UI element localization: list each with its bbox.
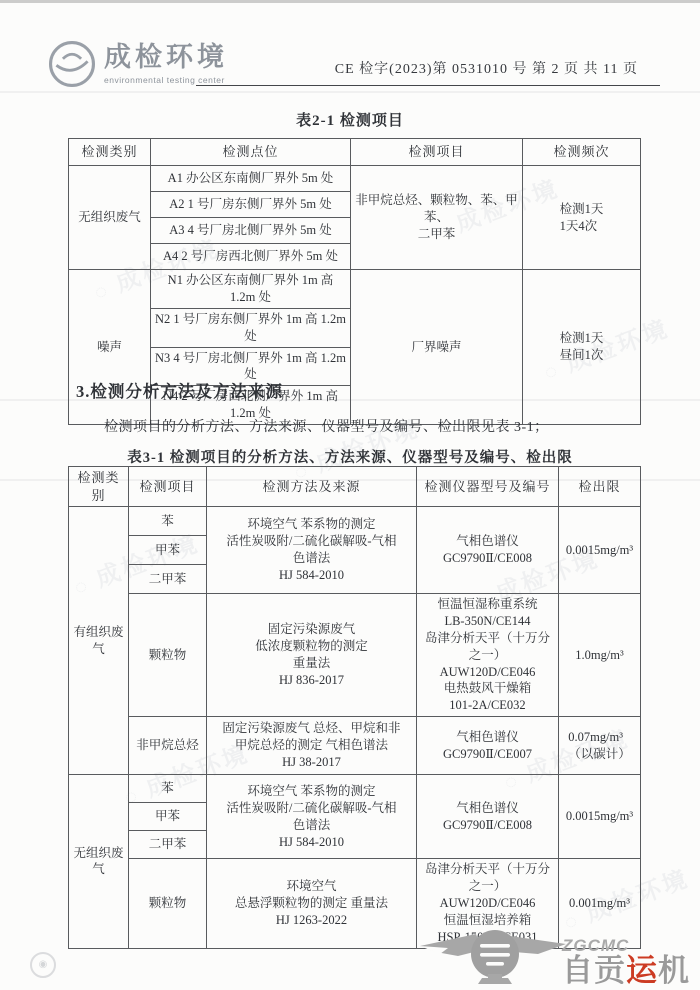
table-row: 颗粒物 固定污染源废气 低浓度颗粒物的测定 重量法 HJ 836-2017 恒温… [69,594,641,717]
footer-logo-text: ZGCMC 自贡运机 [562,937,690,986]
table2-header-row: 检测类别 检测点位 检测项目 检测频次 [69,139,641,166]
table-row: 无组织废气 A1 办公区东南侧厂界外 5m 处 非甲烷总烃、颗粒物、苯、甲苯、 … [69,166,641,192]
col-header: 检测类别 [69,139,151,166]
footer-cn-char: 贡 [594,953,626,988]
project-cell: 二甲苯 [129,831,207,859]
table-row: 有组织废气 苯 环境空气 苯系物的测定 活性炭吸附/二硫化碳解吸-气相 色谱法 … [69,507,641,536]
logo-e-icon [46,38,98,90]
method-cell: 环境空气 苯系物的测定 活性炭吸附/二硫化碳解吸-气相 色谱法 HJ 584-2… [207,775,417,859]
winged-emblem-icon [418,924,568,986]
project-cell: 非甲烷总烃 [129,717,207,775]
table-row: 噪声 N1 办公区东南侧厂界外 1m 高 1.2m 处 厂界噪声 检测1天 昼间… [69,270,641,309]
footer-logo-cn: 自贡运机 [562,955,690,986]
project-cell: 颗粒物 [129,594,207,717]
footer-cn-char: 运 [626,953,658,988]
table3-header-row: 检测类别 检测项目 检测方法及来源 检测仪器型号及编号 检出限 [69,467,641,507]
point-cell: A1 办公区东南侧厂界外 5m 处 [151,166,351,192]
col-header: 检测频次 [523,139,641,166]
table-row: 非甲烷总烃 固定污染源废气 总烃、甲烷和非 甲烷总烃的测定 气相色谱法 HJ 3… [69,717,641,775]
header-rule [196,85,660,86]
limit-cell: 0.0015mg/m³ [559,507,641,594]
section-paragraph: 检测项目的分析方法、方法来源、仪器型号及编号、检出限见表 3-1； [104,416,549,436]
limit-cell: 0.07mg/m³ （以碳计） [559,717,641,775]
method-cell: 固定污染源废气 总烃、甲烷和非 甲烷总烃的测定 气相色谱法 HJ 38-2017 [207,717,417,775]
footer-cn-char: 机 [658,953,690,988]
instrument-cell: 气相色谱仪 GC9790Ⅱ/CE008 [417,507,559,594]
col-header: 检测项目 [129,467,207,507]
limit-cell: 1.0mg/m³ [559,594,641,717]
items-cell: 非甲烷总烃、颗粒物、苯、甲苯、 二甲苯 [351,166,523,270]
project-cell: 苯 [129,775,207,803]
project-cell: 苯 [129,507,207,536]
logo-cn-text: 成检环境 [104,44,228,71]
category-cell: 有组织废气 [69,507,129,775]
col-header: 检测类别 [69,467,129,507]
frequency-text: 检测1天 昼间1次 [560,330,604,364]
category-cell: 无组织废气 [69,166,151,270]
frequency-cell: 检测1天 昼间1次 [523,270,641,425]
point-cell: N1 办公区东南侧厂界外 1m 高 1.2m 处 [151,270,351,309]
instrument-cell: 气相色谱仪 GC9790Ⅱ/CE007 [417,717,559,775]
logo-en-text: environmental testing center [104,75,228,85]
method-cell: 环境空气 总悬浮颗粒物的测定 重量法 HJ 1263-2022 [207,859,417,948]
corner-stamp-icon: ◉ [30,952,56,978]
method-cell: 固定污染源废气 低浓度颗粒物的测定 重量法 HJ 836-2017 [207,594,417,717]
col-header: 检测项目 [351,139,523,166]
table3-title: 表3-1 检测项目的分析方法、方法来源、仪器型号及编号、检出限 [0,446,700,467]
company-logo: 成检环境 environmental testing center [46,38,228,90]
point-cell: N2 1 号厂房东侧厂界外 1m 高 1.2m 处 [151,308,351,347]
limit-text: 0.07mg/m³ （以碳计） [568,729,631,763]
project-cell: 颗粒物 [129,859,207,948]
point-cell: A3 4 号厂房北侧厂界外 5m 处 [151,218,351,244]
items-cell: 厂界噪声 [351,270,523,425]
project-cell: 甲苯 [129,536,207,565]
point-cell: A2 1 号厂房东侧厂界外 5m 处 [151,192,351,218]
scan-artifact-line [0,91,700,93]
footer-logo-en: ZGCMC [562,937,629,954]
table2-title: 表2-1 检测项目 [0,109,700,130]
footer-cn-char: 自 [562,953,594,988]
instrument-cell: 恒温恒湿称重系统 LB-350N/CE144 岛津分析天平（十万分之一） AUW… [417,594,559,717]
col-header: 检测仪器型号及编号 [417,467,559,507]
limit-cell: 0.0015mg/m³ [559,775,641,859]
section-heading: 3.检测分析方法及方法来源 [76,378,283,402]
frequency-cell: 检测1天 1天4次 [523,166,641,270]
col-header: 检测方法及来源 [207,467,417,507]
col-header: 检出限 [559,467,641,507]
project-cell: 二甲苯 [129,565,207,594]
scanned-report-page: 成检环境 成检环境 成检环境 成检环境 成检环境 成检环境 成检环境 成检环境 … [0,0,700,990]
frequency-text: 检测1天 1天4次 [560,201,604,235]
scan-artifact-top [0,0,700,3]
footer-logo: ZGCMC 自贡运机 [418,924,690,986]
table-row: 无组织废气 苯 环境空气 苯系物的测定 活性炭吸附/二硫化碳解吸-气相 色谱法 … [69,775,641,803]
method-cell: 环境空气 苯系物的测定 活性炭吸附/二硫化碳解吸-气相 色谱法 HJ 584-2… [207,507,417,594]
document-number: CE 检字(2023)第 0531010 号 第 2 页 共 11 页 [335,58,638,78]
table-3-1: 检测类别 检测项目 检测方法及来源 检测仪器型号及编号 检出限 有组织废气 苯 … [68,466,641,949]
point-cell: A4 2 号厂房西北侧厂界外 5m 处 [151,244,351,270]
category-cell: 无组织废气 [69,775,129,948]
col-header: 检测点位 [151,139,351,166]
instrument-cell: 气相色谱仪 GC9790Ⅱ/CE008 [417,775,559,859]
project-cell: 甲苯 [129,803,207,831]
